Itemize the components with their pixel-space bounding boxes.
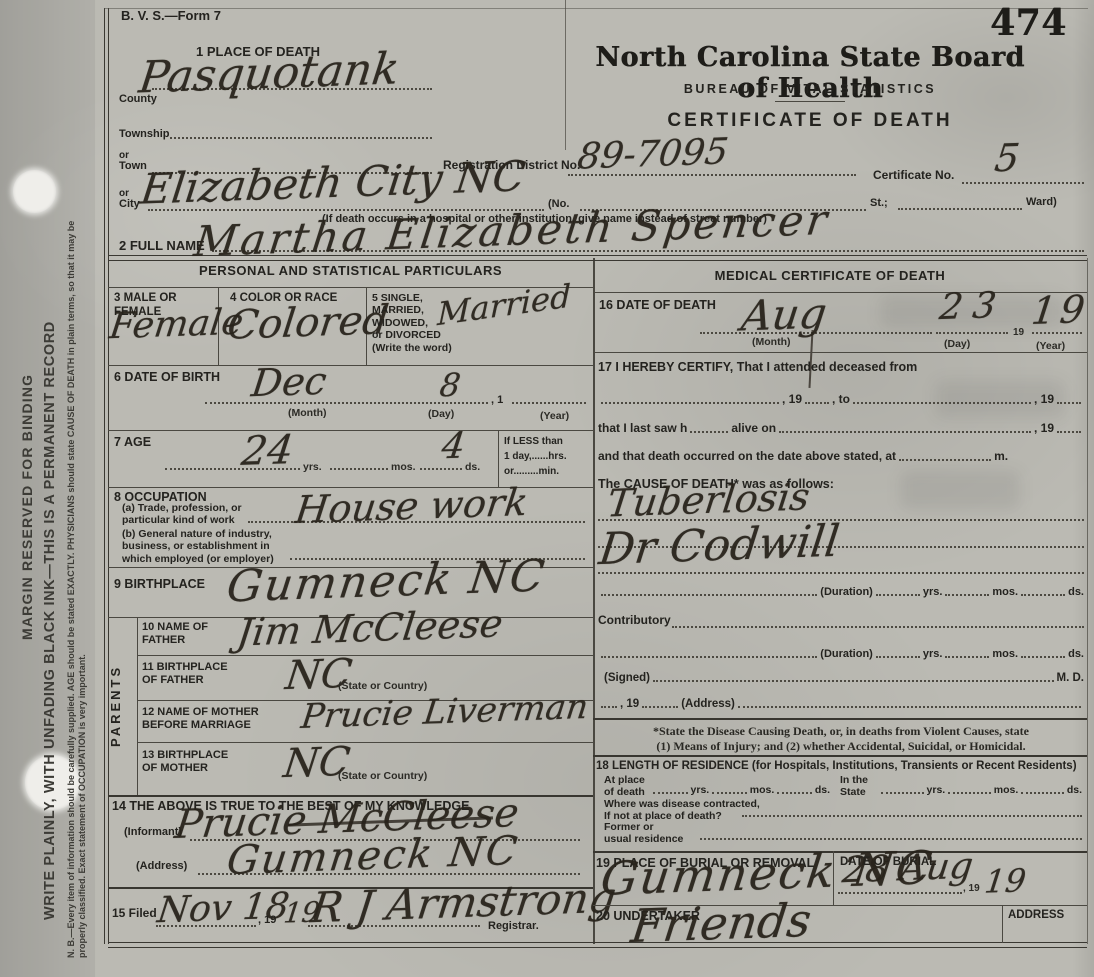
bureau-rule bbox=[775, 101, 845, 102]
blank-line bbox=[1021, 594, 1065, 596]
year19-print: , 19 bbox=[782, 392, 802, 406]
mos-caption: mos. bbox=[391, 461, 416, 473]
mos-caption: mos. bbox=[994, 784, 1019, 796]
contributory-line bbox=[672, 626, 1084, 628]
margin-binding-text: MARGIN RESERVED FOR BINDING bbox=[19, 374, 35, 640]
dod-year-value: 19 bbox=[1029, 287, 1091, 333]
father-name-value: Jim McCleese bbox=[235, 601, 506, 654]
street-line bbox=[898, 208, 1022, 210]
ds-caption: ds. bbox=[465, 461, 480, 473]
document-bottom-rule bbox=[108, 942, 1087, 948]
blank-line bbox=[805, 402, 829, 404]
father-name-label: 10 NAME OF FATHER bbox=[142, 621, 208, 647]
day-caption: (Day) bbox=[944, 338, 970, 350]
year19-print: , 19 bbox=[1034, 392, 1054, 406]
section-rule bbox=[593, 755, 1087, 757]
form-number: B. V. S.—Form 7 bbox=[121, 8, 221, 23]
dod-day-line bbox=[936, 332, 1008, 334]
state-country-caption: (State or Country) bbox=[338, 770, 427, 782]
blank-line bbox=[642, 706, 678, 708]
mos-caption: mos. bbox=[992, 648, 1018, 660]
county-value: Pasquotank bbox=[136, 44, 402, 104]
meridiem-label: m. bbox=[994, 449, 1008, 463]
yrs-caption: yrs. bbox=[303, 461, 322, 473]
father-birthplace-label: 11 BIRTHPLACE OF FATHER bbox=[142, 661, 228, 687]
date-of-death-label: 16 DATE OF DEATH bbox=[599, 298, 716, 313]
certify-intro: 17 I HEREBY CERTIFY, That I attended dec… bbox=[598, 360, 917, 375]
blank-line bbox=[779, 431, 1031, 433]
residence-label: 18 LENGTH OF RESIDENCE (for Hospitals, I… bbox=[596, 760, 1077, 774]
cause-footnote: *State the Disease Causing Death, or, in… bbox=[600, 724, 1082, 754]
mos-caption: mos. bbox=[750, 784, 775, 796]
occupation-value: House work bbox=[293, 480, 531, 532]
blank-line bbox=[853, 402, 1031, 404]
contributory-label: Contributory bbox=[598, 613, 671, 627]
in-the-state-label: In the State bbox=[840, 774, 868, 799]
ds-caption: ds. bbox=[1068, 586, 1084, 598]
blank-line bbox=[1057, 431, 1081, 433]
margin-note-line2: properly classified. Exact statement of … bbox=[77, 221, 88, 958]
yrs-caption: yrs. bbox=[691, 784, 710, 796]
margin-write-plainly-text: WRITE PLAINLY, WITH UNFADING BLACK INK—T… bbox=[42, 321, 58, 920]
ds-caption: ds. bbox=[815, 784, 830, 796]
alive-on-label: alive on bbox=[731, 421, 776, 435]
mos-caption: mos. bbox=[992, 586, 1018, 598]
undertaker-value: Friends bbox=[628, 893, 814, 953]
dob-month-value: Dec bbox=[249, 359, 329, 406]
yrs-caption: yrs. bbox=[927, 784, 946, 796]
full-name-label: 2 FULL NAME bbox=[119, 238, 205, 253]
burial-year-value: 19 bbox=[983, 861, 1029, 900]
certificate-no-value: 5 bbox=[992, 136, 1022, 181]
year19-print: , 19 bbox=[1034, 421, 1054, 435]
registration-district-value: 89-7095 bbox=[575, 131, 730, 177]
age-mos-line bbox=[330, 468, 388, 470]
hole-punch-top bbox=[13, 170, 56, 213]
column-divider-line bbox=[593, 258, 595, 944]
death-certificate-scan: MARGIN RESERVED FOR BINDING WRITE PLAINL… bbox=[0, 0, 1094, 977]
section-rule bbox=[593, 718, 1087, 720]
ds-caption: ds. bbox=[1067, 784, 1082, 796]
age-years-value: 24 bbox=[239, 427, 296, 475]
left-column-title: PERSONAL AND STATISTICAL PARTICULARS bbox=[108, 263, 593, 278]
informant-address-label: (Address) bbox=[136, 860, 187, 873]
dob-label: 6 DATE OF BIRTH bbox=[114, 370, 220, 385]
age-label: 7 AGE bbox=[114, 435, 151, 450]
township-label: Township bbox=[119, 128, 170, 141]
blank-line bbox=[601, 706, 617, 708]
month-caption: (Month) bbox=[288, 407, 326, 419]
burial-year-print: , 19 bbox=[963, 883, 980, 894]
blank-line bbox=[1021, 792, 1064, 794]
mother-birthplace-label: 13 BIRTHPLACE OF MOTHER bbox=[142, 749, 228, 775]
row-rule bbox=[108, 430, 593, 431]
dod-day-value: 23 bbox=[937, 285, 1008, 328]
former-residence-label: Former or usual residence bbox=[604, 821, 683, 846]
signed-label: (Signed) bbox=[604, 672, 650, 684]
yrs-caption: yrs. bbox=[923, 648, 943, 660]
dod-month-value: Aug bbox=[739, 289, 830, 341]
row-rule bbox=[108, 365, 593, 366]
certificate-no-line bbox=[962, 182, 1084, 184]
blank-line bbox=[601, 402, 779, 404]
blank-line bbox=[1021, 656, 1065, 658]
day-caption: (Day) bbox=[428, 408, 454, 420]
filed-label: 15 Filed bbox=[112, 906, 157, 920]
dob-day-value: 8 bbox=[438, 366, 463, 405]
address-caption: (Address) bbox=[681, 698, 735, 710]
md-caption: M. D. bbox=[1057, 672, 1084, 684]
disease-contracted-label: Where was disease contracted, If not at … bbox=[604, 798, 760, 823]
blank-line bbox=[777, 792, 812, 794]
blank-line bbox=[948, 792, 991, 794]
occupation-b-label: (b) General nature of industry, business… bbox=[122, 528, 274, 565]
cell-divider bbox=[1002, 905, 1003, 943]
birthplace-label: 9 BIRTHPLACE bbox=[114, 577, 205, 592]
certificate-page-number: 474 bbox=[990, 2, 1067, 44]
right-column-title: MEDICAL CERTIFICATE OF DEATH bbox=[600, 268, 1060, 283]
duration-caption: (Duration) bbox=[820, 648, 873, 660]
stamp-smudge bbox=[900, 470, 1020, 510]
blank-line bbox=[881, 792, 924, 794]
ds-caption: ds. bbox=[1068, 648, 1084, 660]
blank-line bbox=[876, 594, 920, 596]
age-ds-line bbox=[420, 468, 462, 470]
cause-line-3 bbox=[598, 572, 1084, 574]
dob-year-line bbox=[512, 402, 586, 404]
age-subcell-divider bbox=[498, 430, 499, 487]
document-right-border bbox=[1087, 258, 1088, 944]
blank-line bbox=[945, 656, 989, 658]
document-left-border bbox=[104, 8, 109, 944]
address-line bbox=[738, 706, 1081, 708]
death-occurred-label: and that death occurred on the date abov… bbox=[598, 449, 896, 463]
header-divider-line bbox=[565, 0, 566, 150]
contracted-line bbox=[742, 815, 1082, 817]
row-rule bbox=[137, 742, 593, 743]
certificate-no-label: Certificate No. bbox=[873, 168, 954, 182]
row-rule bbox=[137, 655, 593, 656]
blank-line bbox=[899, 459, 991, 461]
registrar-signature: R J Armstrong bbox=[308, 873, 619, 933]
if-less-label: If LESS than 1 day,......hrs. or........… bbox=[504, 434, 567, 479]
dod-year-print: 19 bbox=[1013, 327, 1024, 338]
dob-year-print: , 1 bbox=[491, 394, 503, 407]
at-place-label: At place of death bbox=[604, 774, 645, 799]
burial-date-line bbox=[838, 892, 962, 894]
burial-date-value: 28 Aug bbox=[840, 846, 975, 891]
blank-line bbox=[690, 431, 728, 433]
blank-line bbox=[601, 594, 817, 596]
state-country-caption: (State or Country) bbox=[338, 680, 427, 692]
blank-line bbox=[945, 594, 989, 596]
document-top-border bbox=[104, 8, 1088, 9]
certificate-title: CERTIFICATE OF DEATH bbox=[575, 110, 1045, 132]
age-days-value: 4 bbox=[439, 426, 467, 468]
year19-print: , 19 bbox=[620, 698, 639, 710]
filed-year-print: , 19 bbox=[258, 914, 276, 927]
informant-address-value: Gumneck NC bbox=[224, 828, 521, 884]
bureau-subtitle: BUREAU OF VITAL STATISTICS bbox=[575, 82, 1045, 97]
city-label: City bbox=[119, 198, 140, 211]
parents-group-label: PARENTS bbox=[108, 617, 137, 795]
blank-line bbox=[601, 656, 817, 658]
to-label: , to bbox=[832, 392, 850, 406]
parents-divider bbox=[137, 617, 138, 795]
registrar-caption: Registrar. bbox=[488, 920, 539, 933]
township-line bbox=[170, 137, 432, 139]
row-rule bbox=[593, 352, 1087, 353]
occupation-a-label: (a) Trade, profession, or particular kin… bbox=[122, 502, 242, 527]
blank-line bbox=[712, 792, 747, 794]
year-caption: (Year) bbox=[540, 410, 569, 422]
last-saw-label: that I last saw h bbox=[598, 421, 687, 435]
city-value: Elizabeth City NC bbox=[138, 151, 528, 213]
mother-name-label: 12 NAME OF MOTHER BEFORE MARRIAGE bbox=[142, 706, 259, 732]
year-caption: (Year) bbox=[1036, 340, 1065, 352]
yrs-caption: yrs. bbox=[923, 586, 943, 598]
street-label: St.; bbox=[870, 197, 888, 210]
duration-caption: (Duration) bbox=[820, 586, 873, 598]
pen-stroke bbox=[808, 330, 813, 388]
right-title-rule bbox=[593, 292, 1087, 293]
ward-label: Ward) bbox=[1026, 196, 1057, 209]
blank-line bbox=[1057, 402, 1081, 404]
attending-doctor-value: Dr Codwill bbox=[596, 516, 842, 575]
former-residence-line bbox=[700, 838, 1082, 840]
race-value: Colored bbox=[225, 297, 391, 349]
blank-line bbox=[653, 792, 688, 794]
margin-note-line1: N. B.—Every item of information should b… bbox=[66, 221, 77, 958]
marital-value: Married bbox=[437, 277, 571, 333]
undertaker-address-label: ADDRESS bbox=[1008, 909, 1064, 923]
signature-line bbox=[653, 680, 1054, 682]
blank-line bbox=[876, 656, 920, 658]
